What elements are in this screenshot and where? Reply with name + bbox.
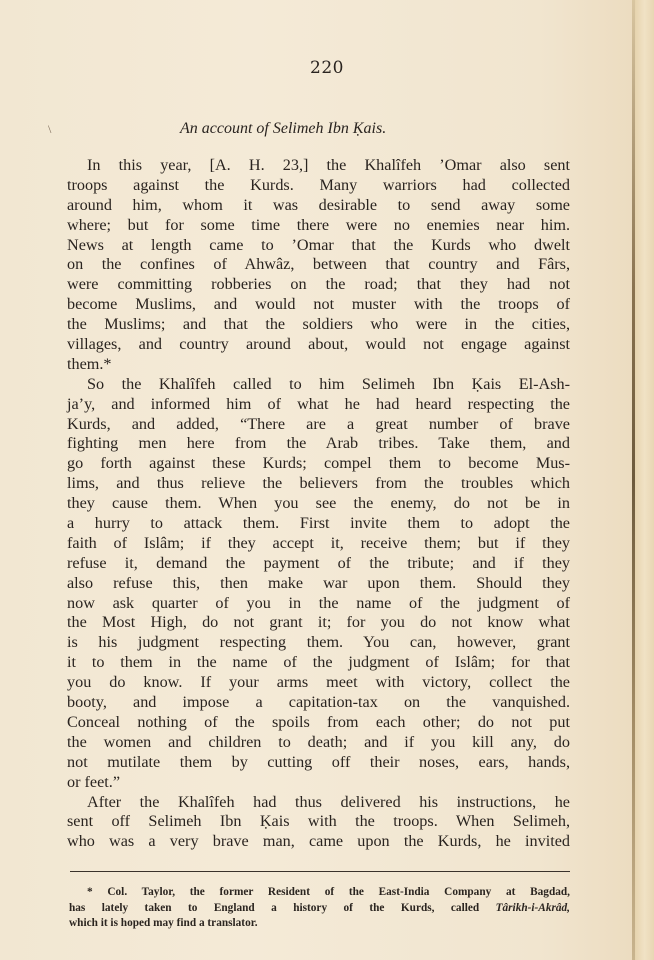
body-line: who was a very brave man, came upon the … (67, 832, 570, 852)
body-line: News at length came to ’Omar that the Ku… (67, 236, 570, 256)
body-line: After the Khalîfeh had thus delivered hi… (67, 793, 570, 813)
margin-mark: \ (48, 122, 51, 137)
body-line: villages, and country around about, woul… (67, 335, 570, 355)
adjacent-page-edge (635, 0, 654, 960)
body-line: now ask quarter of you in the name of th… (67, 594, 570, 614)
body-line: a hurry to attack them. First invite the… (67, 514, 570, 534)
section-title: An account of Selimeh Ibn Ḳais. (180, 120, 386, 138)
body-line: around him, whom it was desirable to sen… (67, 196, 570, 216)
body-line: So the Khalîfeh called to him Selimeh Ib… (67, 375, 570, 395)
body-line: you do know. If your arms meet with vict… (67, 673, 570, 693)
footnote: * Col. Taylor, the former Resident of th… (69, 885, 570, 932)
body-text: In this year, [A. H. 23,] the Khalîfeh ’… (67, 156, 570, 852)
footnote-line: * Col. Taylor, the former Resident of th… (69, 885, 570, 901)
body-line: also refuse this, then make war upon the… (67, 574, 570, 594)
body-line: it to them in the name of the judgment o… (67, 653, 570, 673)
body-line: the Most High, do not grant it; for you … (67, 613, 570, 633)
footnote-divider (70, 871, 570, 872)
body-line: faith of Islâm; if they accept it, recei… (67, 534, 570, 554)
footnote-line: which it is hoped may find a translator. (69, 916, 570, 932)
body-line: refuse it, demand the payment of the tri… (67, 554, 570, 574)
footnote-line: has lately taken to England a history of… (69, 901, 570, 917)
body-line: them.* (67, 355, 570, 375)
body-line: were committing robberies on the road; t… (67, 275, 570, 295)
body-line: Kurds, and added, “There are a great num… (67, 415, 570, 435)
body-line: go forth against these Kurds; compel the… (67, 454, 570, 474)
body-line: In this year, [A. H. 23,] the Khalîfeh ’… (67, 156, 570, 176)
body-line: is his judgment respecting them. You can… (67, 633, 570, 653)
body-line: lims, and thus relieve the believers fro… (67, 474, 570, 494)
body-line: or feet.” (67, 773, 570, 793)
book-title: Târikh-i-Akrâd, (496, 902, 570, 914)
body-line: the Muslims; and that the soldiers who w… (67, 315, 570, 335)
body-line: they cause them. When you see the enemy,… (67, 494, 570, 514)
body-line: fighting men here from the Arab tribes. … (67, 434, 570, 454)
body-line: not mutilate them by cutting off their n… (67, 753, 570, 773)
body-line: Conceal nothing of the spoils from each … (67, 713, 570, 733)
footnote-text: has lately taken to England a history of… (69, 902, 479, 914)
body-line: on the confines of Ahwâz, between that c… (67, 255, 570, 275)
body-line: ja’y, and informed him of what he had he… (67, 395, 570, 415)
body-line: booty, and impose a capitation-tax on th… (67, 693, 570, 713)
body-line: sent off Selimeh Ibn Ḳais with the troop… (67, 812, 570, 832)
page-number: 220 (0, 58, 654, 78)
body-line: the women and children to death; and if … (67, 733, 570, 753)
body-line: become Muslims, and would not muster wit… (67, 295, 570, 315)
body-line: troops against the Kurds. Many warriors … (67, 176, 570, 196)
body-line: where; but for some time there were no e… (67, 216, 570, 236)
